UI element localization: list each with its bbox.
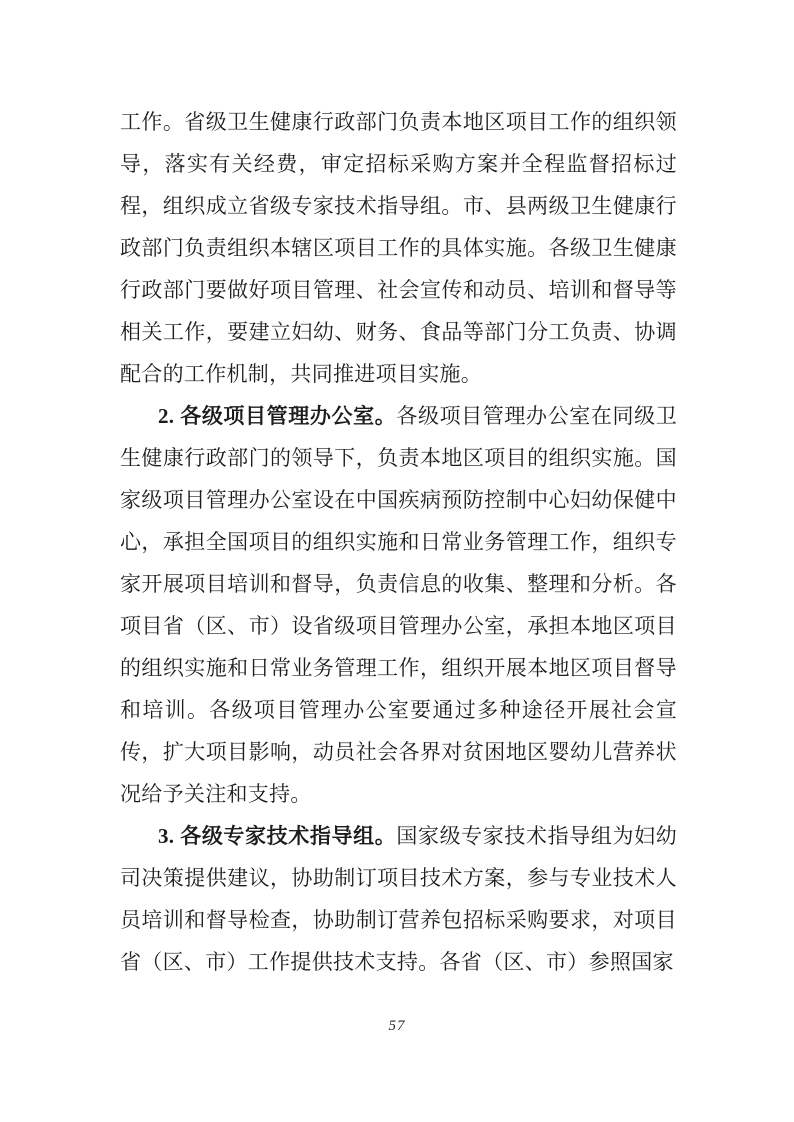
document-body: 工作。省级卫生健康行政部门负责本地区项目工作的组织领导，落实有关经费，审定招标采… (120, 101, 677, 983)
page-number: 57 (0, 1018, 794, 1035)
document-page: 工作。省级卫生健康行政部门负责本地区项目工作的组织领导，落实有关经费，审定招标采… (0, 0, 794, 1122)
paragraph-section-3: 3. 各级专家技术指导组。国家级专家技术指导组为妇幼司决策提供建议，协助制订项目… (120, 815, 677, 983)
paragraph-text: 各级项目管理办公室在同级卫生健康行政部门的领导下，负责本地区项目的组织实施。国家… (120, 404, 677, 806)
paragraph-section-2: 2. 各级项目管理办公室。各级项目管理办公室在同级卫生健康行政部门的领导下，负责… (120, 395, 677, 815)
paragraph-text: 工作。省级卫生健康行政部门负责本地区项目工作的组织领导，落实有关经费，审定招标采… (120, 110, 677, 386)
paragraph-continuation: 工作。省级卫生健康行政部门负责本地区项目工作的组织领导，落实有关经费，审定招标采… (120, 101, 677, 395)
section-3-heading: 3. 各级专家技术指导组。 (158, 824, 396, 848)
section-2-heading: 2. 各级项目管理办公室。 (158, 404, 396, 428)
